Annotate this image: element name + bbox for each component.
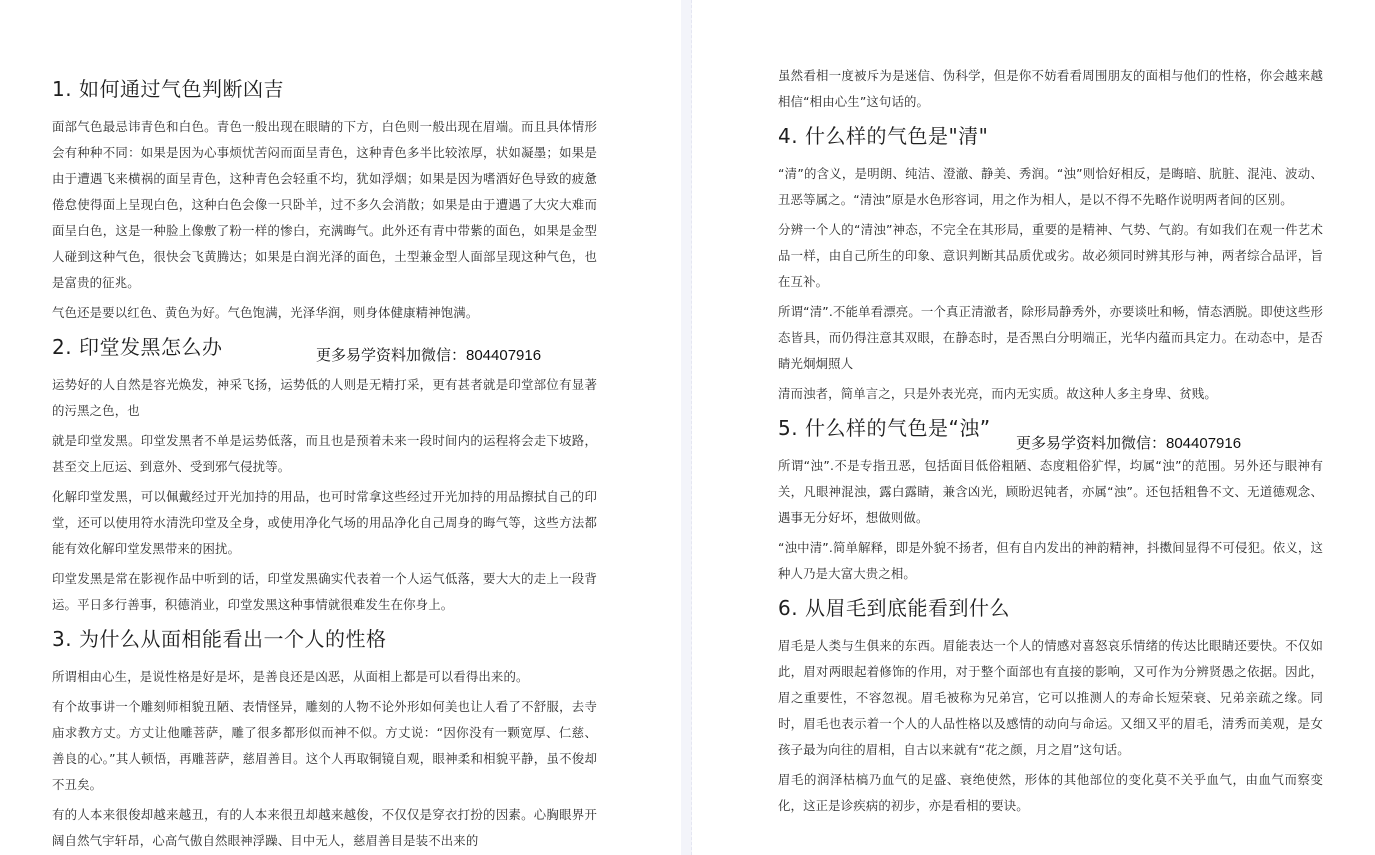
section-heading-1: 1. 如何通过气色判断凶吉 xyxy=(52,72,597,106)
watermark-text: 更多易学资料加微信：804407916 xyxy=(316,344,541,365)
paragraph: 就是印堂发黑。印堂发黑者不单是运势低落，而且也是预着未来一段时间内的运程将会走下… xyxy=(52,428,597,480)
paragraph: 气色还是要以红色、黄色为好。气色饱满，光泽华润，则身体健康精神饱满。 xyxy=(52,300,597,326)
paragraph: “清”的含义，是明朗、纯洁、澄澈、静美、秀润。“浊”则恰好相反，是晦暗、肮脏、混… xyxy=(778,161,1323,213)
paragraph: 分辨一个人的“清浊”神态，不完全在其形局，重要的是精神、气势、气韵。有如我们在观… xyxy=(778,217,1323,295)
paragraph: “浊中清”.简单解释，即是外貌不扬者，但有自内发出的神韵精神，抖擞间显得不可侵犯… xyxy=(778,535,1323,587)
paragraph: 有的人本来很俊却越来越丑，有的人本来很丑却越来越俊，不仅仅是穿衣打扮的因素。心胸… xyxy=(52,802,597,854)
paragraph: 眉毛的润泽枯槁乃血气的足盛、衰绝使然，形体的其他部位的变化莫不关乎血气，由血气而… xyxy=(778,767,1323,819)
paragraph: 所谓“浊”.不是专指丑恶，包括面目低俗粗陋、态度粗俗犷悍，均属“浊”的范围。另外… xyxy=(778,453,1323,531)
page-left-content: 1. 如何通过气色判断凶吉 面部气色最忌讳青色和白色。青色一般出现在眼睛的下方，… xyxy=(52,72,597,854)
paragraph: 眉毛是人类与生俱来的东西。眉能表达一个人的情感对喜怒哀乐情绪的传达比眼睛还要快。… xyxy=(778,633,1323,763)
page-left: 1. 如何通过气色判断凶吉 面部气色最忌讳青色和白色。青色一般出现在眼睛的下方，… xyxy=(0,0,681,855)
paragraph: 印堂发黑是常在影视作品中听到的话，印堂发黑确实代表着一个人运气低落，要大大的走上… xyxy=(52,566,597,618)
paragraph: 有个故事讲一个雕刻师相貌丑陋、表情怪异，雕刻的人物不论外形如何美也让人看了不舒服… xyxy=(52,694,597,798)
section-heading-6: 6. 从眉毛到底能看到什么 xyxy=(778,591,1323,625)
paragraph: 清而浊者，简单言之，只是外表光亮，而内无实质。故这种人多主身卑、贫贱。 xyxy=(778,381,1323,407)
page-right: 虽然看相一度被斥为是迷信、伪科学，但是你不妨看看周围朋友的面相与他们的性格，你会… xyxy=(692,0,1375,855)
paragraph: 化解印堂发黑，可以佩戴经过开光加持的用品，也可时常拿这些经过开光加持的用品擦拭自… xyxy=(52,484,597,562)
paragraph: 运势好的人自然是容光焕发，神采飞扬，运势低的人则是无精打采，更有甚者就是印堂部位… xyxy=(52,372,597,424)
paragraph: 面部气色最忌讳青色和白色。青色一般出现在眼睛的下方，白色则一般出现在眉端。而且具… xyxy=(52,114,597,296)
watermark-text: 更多易学资料加微信：804407916 xyxy=(1016,432,1241,453)
section-heading-3: 3. 为什么从面相能看出一个人的性格 xyxy=(52,622,597,656)
page-divider xyxy=(681,0,692,855)
document-viewer[interactable]: 1. 如何通过气色判断凶吉 面部气色最忌讳青色和白色。青色一般出现在眼睛的下方，… xyxy=(0,0,1375,855)
paragraph: 所谓相由心生，是说性格是好是坏，是善良还是凶恶，从面相上都是可以看得出来的。 xyxy=(52,664,597,690)
paragraph: 所谓“清”.不能单看漂亮。一个真正清澈者，除形局静秀外，亦要谈吐和畅，情态洒脱。… xyxy=(778,299,1323,377)
section-heading-4: 4. 什么样的气色是"清" xyxy=(778,119,1323,153)
paragraph: 虽然看相一度被斥为是迷信、伪科学，但是你不妨看看周围朋友的面相与他们的性格，你会… xyxy=(778,63,1323,115)
